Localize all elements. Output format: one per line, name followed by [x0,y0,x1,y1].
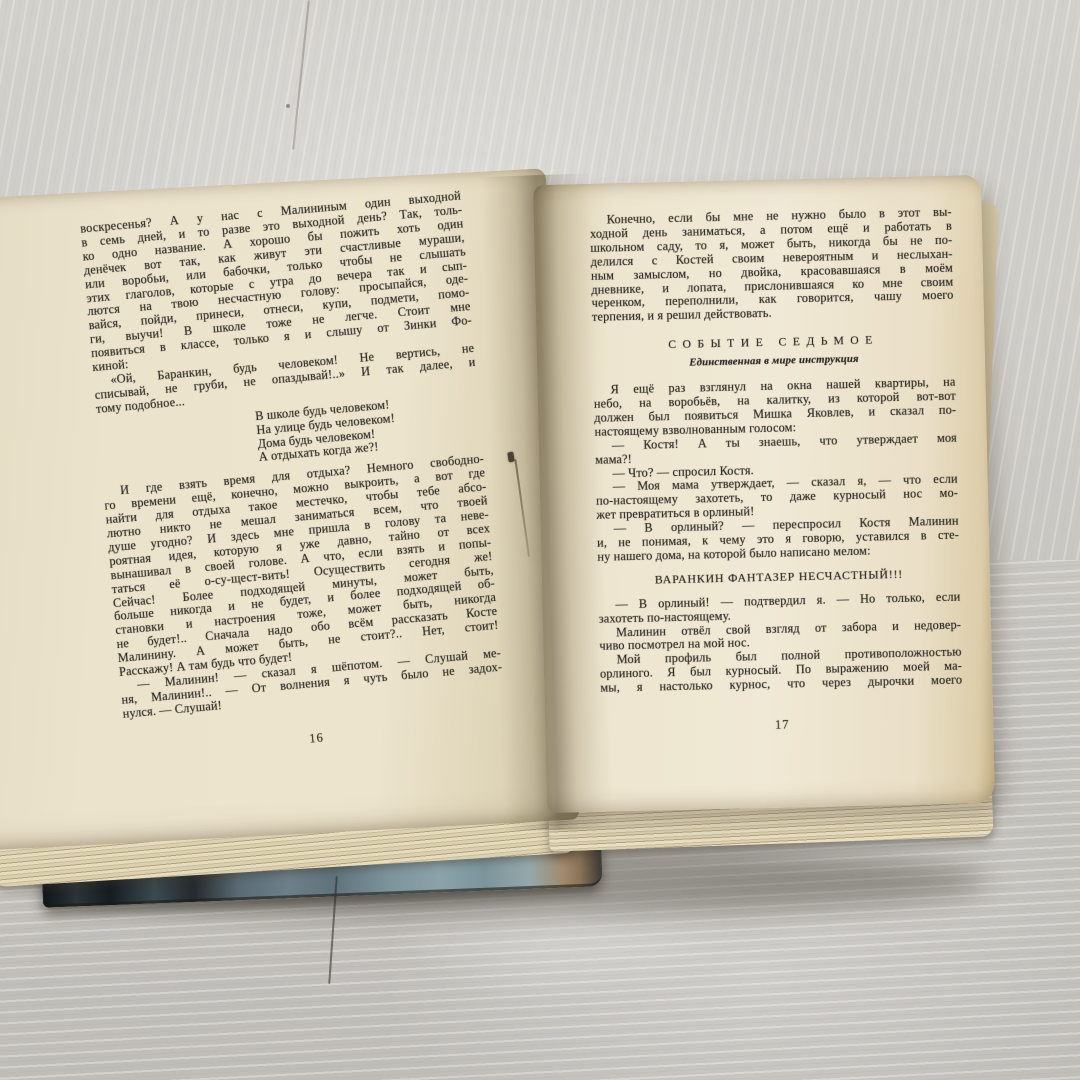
subheading: Единственная в мире инструкция [593,351,955,373]
table-speck [286,104,290,108]
paragraph: Конечно, если бы мне не нужно было в это… [590,206,954,325]
right-page-text: Конечно, если бы мне не нужно было в это… [590,206,964,737]
paragraph: Мой профиль был полной противоположность… [600,646,963,696]
left-page: воскресенья? А у нас с Малининым один вы… [0,168,580,851]
page-number: 16 [126,715,508,762]
left-page-text: воскресенья? А у нас с Малининым один вы… [80,189,508,762]
graffiti: ВАРАНКИН ФАНТАЗЕР НЕСЧАСТНЫЙ!!! [598,566,960,588]
heading: СОБЫТИЕ СЕДЬМОЕ [592,332,954,354]
right-page: Конечно, если бы мне не нужно было в это… [533,175,995,813]
page-number: 17 [601,715,963,737]
paragraph: — В орлиный? — переспросил Костя Малинин… [597,515,960,565]
paragraph: Я ещё раз взглянул на окна нашей квартир… [593,376,956,440]
binding-thread [507,452,514,463]
paragraph: И где взять время для отдыха? Немного св… [103,453,501,680]
